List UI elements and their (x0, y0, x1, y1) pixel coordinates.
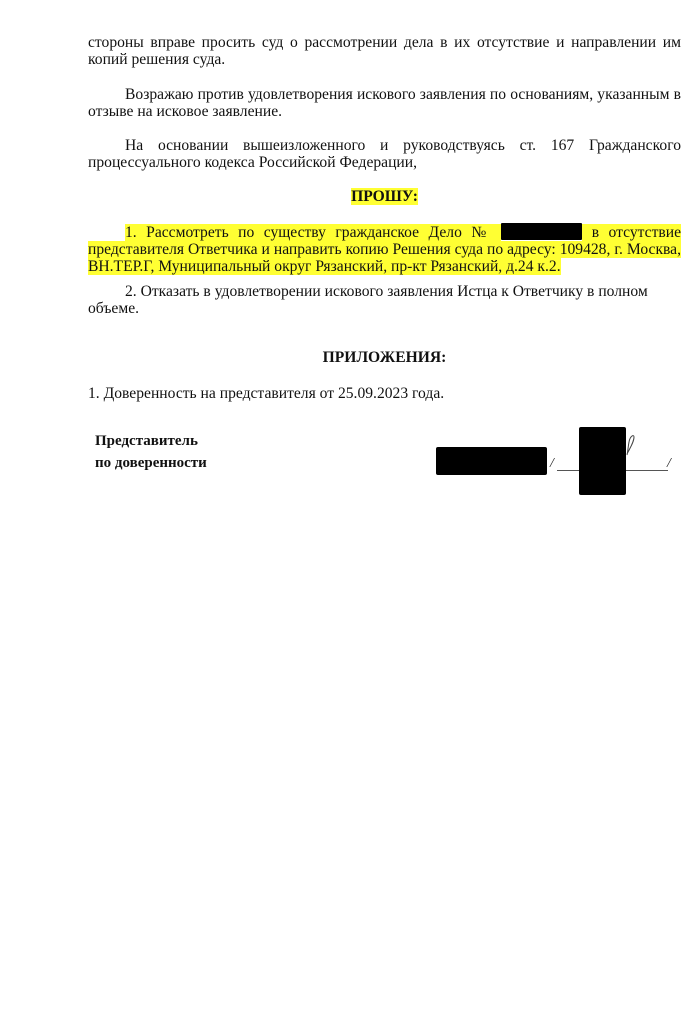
case-number-redaction (501, 223, 582, 240)
request-item-1-text-start: 1. Рассмотреть по существу гражданское Д… (125, 224, 492, 241)
paragraph-objection: Возражаю против удовлетворения искового … (88, 86, 681, 120)
signature-scribble-icon (624, 434, 638, 458)
signature-label-line-2: по доверенности (95, 452, 207, 474)
request-heading: ПРОШУ: (88, 188, 681, 205)
signature-slash-left: / (550, 457, 554, 471)
request-heading-text: ПРОШУ: (351, 188, 418, 205)
request-item-1: 1. Рассмотреть по существу гражданское Д… (88, 223, 681, 275)
document-page: стороны вправе просить суд о рассмотрени… (0, 0, 700, 1009)
paragraph-parties-absence: стороны вправе просить суд о рассмотрени… (88, 34, 681, 68)
attachments-heading: ПРИЛОЖЕНИЯ: (88, 349, 681, 366)
paragraph-legal-basis: На основании вышеизложенного и руководст… (88, 137, 681, 171)
signature-redaction (579, 427, 626, 495)
signature-label-line-1: Представитель (95, 430, 207, 452)
signature-label: Представитель по доверенности (95, 430, 207, 474)
signature-slash-right: / (667, 457, 671, 471)
request-item-2: 2. Отказать в удовлетворении искового за… (88, 283, 681, 317)
representative-name-redaction (436, 447, 547, 475)
attachment-item-1: 1. Доверенность на представителя от 25.0… (88, 385, 681, 402)
